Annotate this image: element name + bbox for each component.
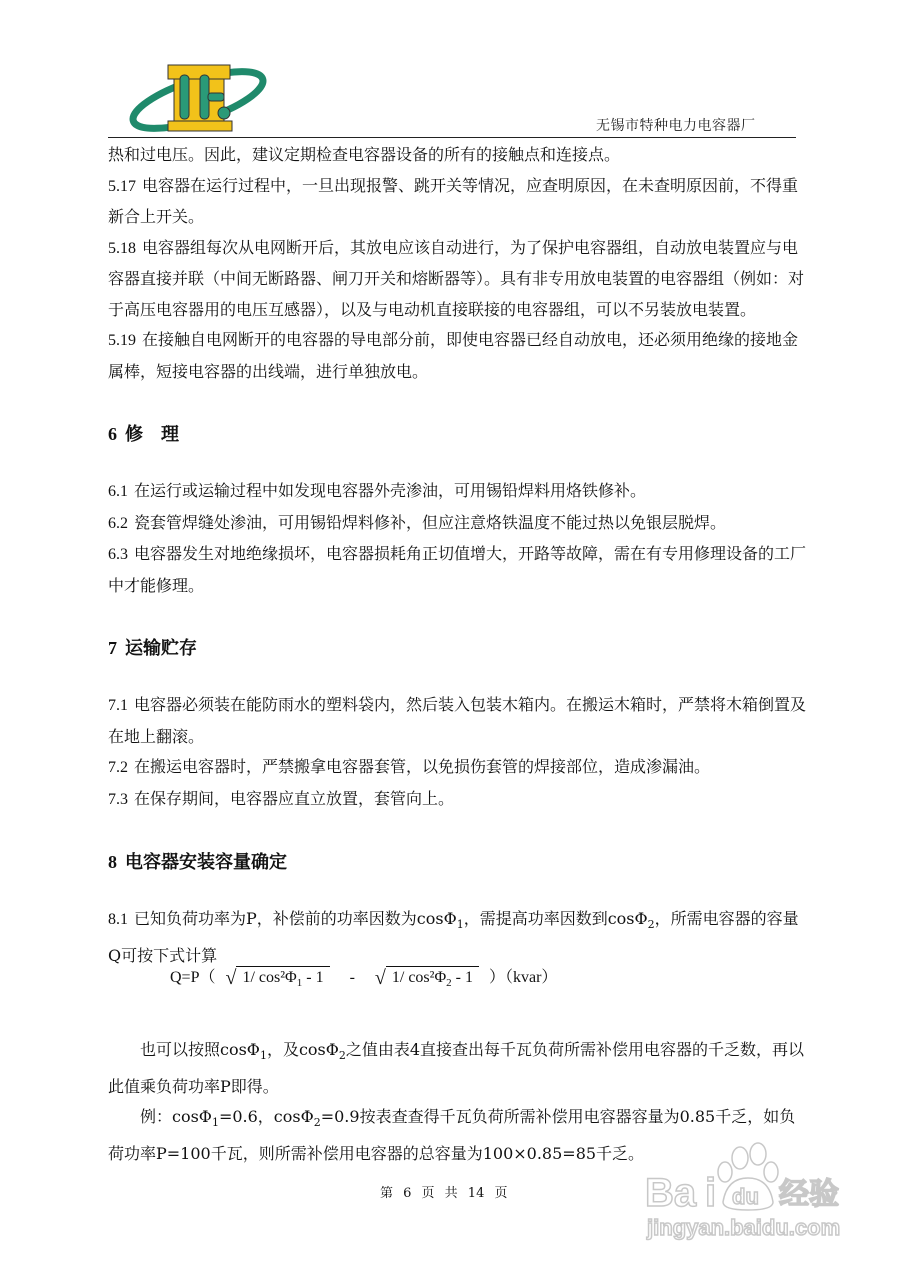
header-organization: 无锡市特种电力电容器厂 <box>596 115 756 135</box>
sqrt-term-1: √1/ cos²Φ1 - 1 <box>225 966 329 990</box>
header-divider <box>108 137 796 138</box>
section-heading-6: 6修 理 <box>108 419 808 450</box>
paragraph-5-17: 5.17电容器在运行过程中，一旦出现报警、跳开关等情况，应查明原因，在未查明原因… <box>108 171 808 233</box>
page-number: 第 6 页 共 14 页 <box>380 1182 507 1201</box>
paragraph-7-2: 7.2在搬运电容器时，严禁搬拿电容器套管，以免损伤套管的焊接部位，造成渗漏油。 <box>108 752 808 784</box>
paragraph-5-19: 5.19在接触自电网断开的电容器的导电部分前，即使电容器已经自动放电，还必须用绝… <box>108 325 808 387</box>
svg-text:i: i <box>705 1171 716 1215</box>
paragraph-5-18: 5.18电容器组每次从电网断开后，其放电应该自动进行，为了保护电容器组，自动放电… <box>108 233 808 326</box>
paragraph-7-1: 7.1电容器必须装在能防雨水的塑料袋内，然后装入包装木箱内。在搬运木箱时，严禁将… <box>108 690 808 752</box>
capacity-formula: Q=P（ √1/ cos²Φ1 - 1 - √1/ cos²Φ2 - 1 ）（k… <box>170 964 557 990</box>
paragraph-8-1: 8.1已知负荷功率为P，补偿前的功率因数为cosΦ1，需提高功率因数到cosΦ2… <box>108 904 808 971</box>
paragraph-6-3: 6.3电容器发生对地绝缘损坏，电容器损耗角正切值增大，开路等故障，需在有专用修理… <box>108 539 808 601</box>
section-heading-7: 7运输贮存 <box>108 633 808 664</box>
paragraph-7-3: 7.3在保存期间，电容器应直立放置，套管向上。 <box>108 784 808 816</box>
section-heading-8: 8电容器安装容量确定 <box>108 847 808 878</box>
paragraph-table-lookup: 也可以按照cosΦ1，及cosΦ2之值由表4直接查出每千瓦负荷所需补偿用电容器的… <box>108 1035 808 1102</box>
paragraph-6-1: 6.1在运行或运输过程中如发现电容器外壳渗油，可用锡铅焊料用烙铁修补。 <box>108 476 808 508</box>
company-logo-icon <box>128 55 268 135</box>
svg-text:du: du <box>732 1184 759 1209</box>
paragraph-continuation: 热和过电压。因此，建议定期检查电容器设备的所有的接触点和连接点。 <box>108 140 808 171</box>
svg-text:Ba: Ba <box>645 1171 697 1215</box>
svg-text:经验: 经验 <box>779 1177 839 1212</box>
svg-text:jingyan.baidu.com: jingyan.baidu.com <box>646 1215 840 1240</box>
document-body: 热和过电压。因此，建议定期检查电容器设备的所有的接触点和连接点。 5.17电容器… <box>108 140 808 1170</box>
sqrt-term-2: √1/ cos²Φ2 - 1 <box>375 966 479 990</box>
baidu-jingyan-watermark-icon: Ba i du 经验 jingyan.baidu.com <box>645 1140 875 1250</box>
paragraph-6-2: 6.2瓷套管焊缝处渗油，可用锡铅焊料修补，但应注意烙铁温度不能过热以免银层脱焊。 <box>108 508 808 540</box>
